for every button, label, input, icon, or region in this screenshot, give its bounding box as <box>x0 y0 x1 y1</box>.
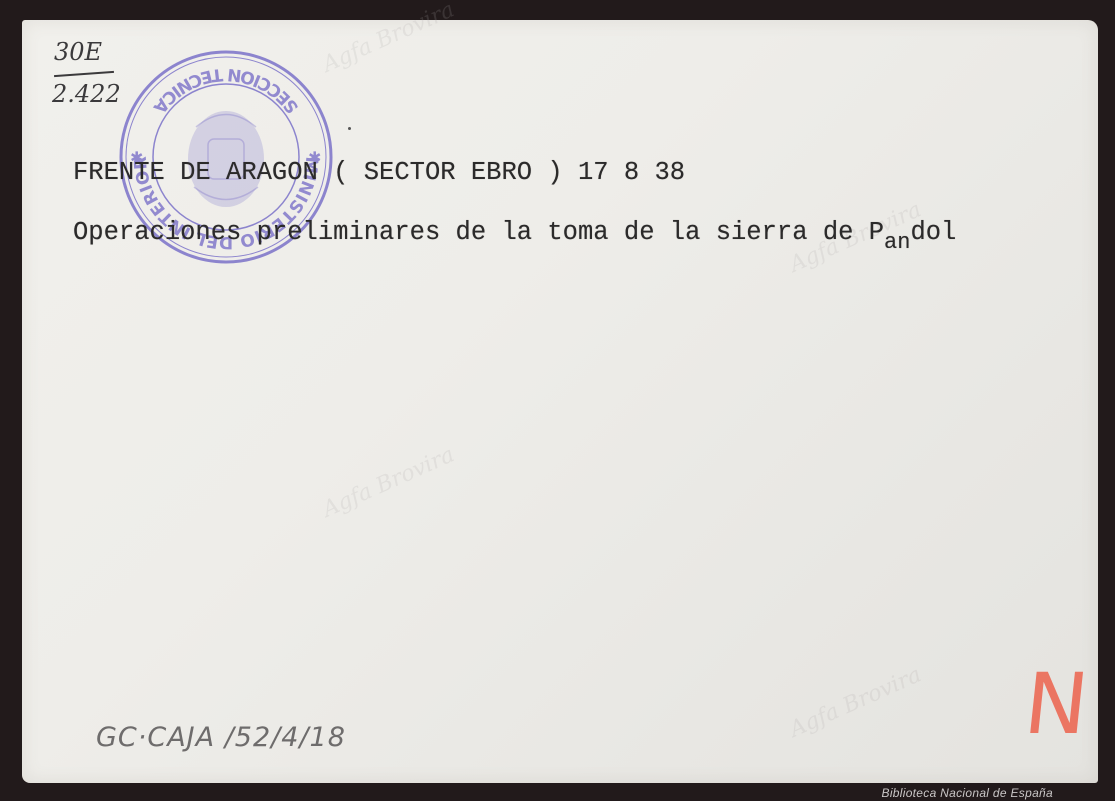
ink-dot <box>348 127 351 130</box>
typed-caption: Operaciones preliminares de la toma de l… <box>73 218 956 247</box>
handwritten-ref-top: 30E <box>54 38 102 66</box>
pencil-catalogue-note: GC·CAJA /52/4/18 <box>96 722 346 753</box>
handwritten-ref-bottom: 2.422 <box>52 80 121 108</box>
red-crayon-mark: N <box>1021 662 1093 746</box>
caption-subscript: an <box>884 230 910 255</box>
caption-tail: dol <box>910 218 956 247</box>
typed-heading: FRENTE DE ARAGON ( SECTOR EBRO ) 17 8 38 <box>73 158 685 187</box>
library-credit: Biblioteca Nacional de España <box>882 786 1053 800</box>
svg-text:SECCION TECNICA: SECCION TECNICA <box>148 64 303 118</box>
caption-main: Operaciones preliminares de la toma de l… <box>73 218 884 247</box>
